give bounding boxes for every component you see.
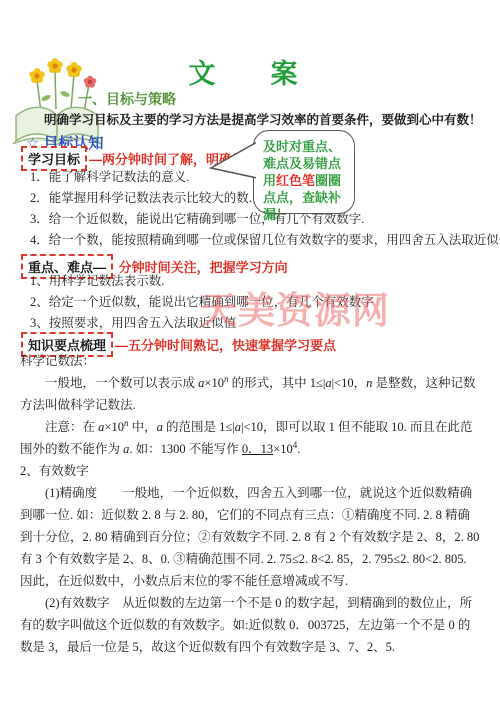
section-heading-strategy: 一、目标与策略 bbox=[78, 89, 176, 109]
list-item: 4．给一个数，能按照精确到哪一位或保留几位有效数字的要求，用四舍五入法取近似值. bbox=[30, 230, 500, 251]
text-segment: ×10 bbox=[204, 376, 224, 390]
paragraph-note: 注意：在 a×10n 中，a 的范围是 1≤|a|<10，即可以取 1 但不能取… bbox=[20, 416, 480, 460]
text-segment: ×10 bbox=[104, 420, 124, 434]
paragraph-lead: 科学记数法： bbox=[20, 350, 480, 372]
text-segment: |<10， bbox=[332, 376, 367, 390]
text-segment: . 如：1300 不能写作 bbox=[129, 442, 242, 456]
text-segment: ×10 bbox=[273, 442, 293, 456]
text-segment: . bbox=[297, 442, 300, 456]
watermark: 天美资源网 bbox=[200, 280, 390, 334]
text-segment: 红色笔 bbox=[276, 173, 315, 188]
paragraph-precision: (1)精确度 一般地，一个近似数，四舍五入到哪一位，就说这个近似数精确到哪一位.… bbox=[20, 482, 480, 592]
page-title: 文 案 bbox=[0, 52, 500, 91]
text-segment: 中， bbox=[128, 420, 156, 434]
bubble-tail-icon bbox=[209, 138, 259, 186]
text-segment: 一般地，一个数可以表示成 bbox=[45, 376, 198, 390]
intro-text: 明确学习目标及主要的学习方法是提高学习效率的首要条件，要做到心中有数！ bbox=[44, 110, 482, 128]
text-segment: 的形式，其中 1≤| bbox=[228, 376, 325, 390]
callout-bubble-body: 及时对重点、难点及易错点用红色笔圈圈点点，查缺补漏！ bbox=[253, 130, 355, 214]
sub-heading-significant-digits: 2、有效数字 bbox=[20, 460, 480, 482]
content-body: 科学记数法： 一般地，一个数可以表示成 a×10n 的形式，其中 1≤|a|<1… bbox=[20, 350, 480, 658]
text-segment: 注意：在 bbox=[45, 420, 98, 434]
paragraph-scientific-notation: 一般地，一个数可以表示成 a×10n 的形式，其中 1≤|a|<10，n 是整数… bbox=[20, 372, 480, 416]
text-segment: 的范围是 1≤| bbox=[163, 420, 235, 434]
callout-bubble: 及时对重点、难点及易错点用红色笔圈圈点点，查缺补漏！ bbox=[209, 130, 359, 220]
text-segment: 0．13 bbox=[242, 442, 273, 456]
document-page: 文 案 一、目标与策略 明确学习目标及主要的学习方法是提高学习效率的首要条件，要… bbox=[0, 0, 500, 708]
paragraph-significant: (2)有效数字 从近似数的左边第一个不是 0 的数字起，到精确到的数位止，所有的… bbox=[20, 592, 480, 658]
